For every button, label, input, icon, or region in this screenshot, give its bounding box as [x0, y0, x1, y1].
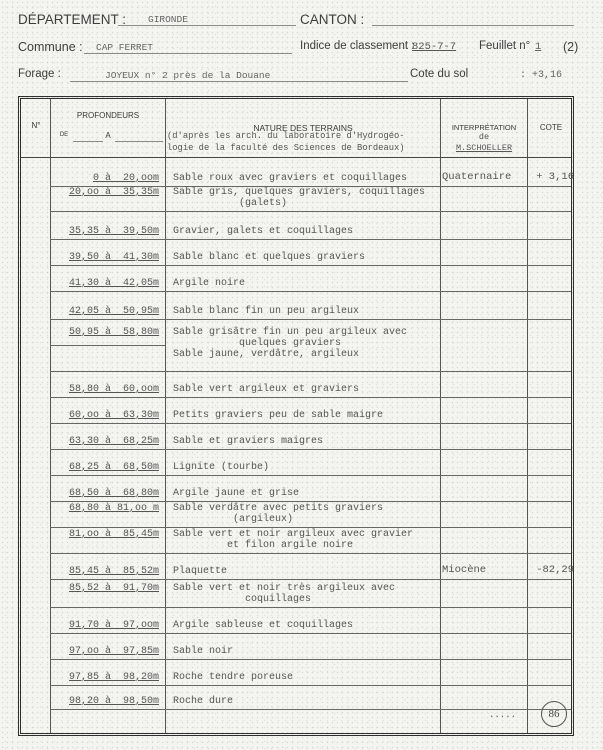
col-header-cote: COTE [528, 123, 574, 132]
departement-line [118, 25, 296, 26]
col-divider [440, 99, 441, 733]
depth-range: 85,52 à 91,70m [51, 583, 159, 594]
depth-range: 50,95 à 58,80m [51, 327, 159, 338]
terrain-description: Petits graviers peu de sable maigre [173, 410, 383, 421]
canton-label: CANTON : [300, 12, 364, 27]
terrain-description: Sable et graviers maigres [173, 436, 323, 447]
terrain-description: Lignite (tourbe) [173, 462, 269, 473]
row-divider [50, 475, 571, 476]
row-divider [50, 659, 571, 660]
cote-value: + 3,16 [528, 171, 574, 183]
col-header-profondeurs: PROFONDEURS [51, 111, 165, 120]
lithology-table: N° PROFONDEURS DE A NATURE DES TERRAINS … [18, 96, 574, 736]
terrain-description: Sable vert argileux et graviers [173, 384, 359, 395]
row-divider [50, 239, 571, 240]
departement-label: DÉPARTEMENT : [18, 12, 126, 27]
row-divider [50, 449, 571, 450]
terrain-description: Sable blanc fin un peu argileux [173, 306, 359, 317]
row-divider [50, 211, 571, 212]
col-header-de: DE [57, 132, 71, 138]
a-line [115, 141, 163, 142]
row-divider [50, 685, 571, 686]
feuillet-value: 1 [535, 41, 541, 53]
terrain-description: Sable gris, quelques graviers, coquillag… [173, 187, 425, 209]
depth-range: 39,50 à 41,30m [51, 252, 159, 263]
cote-sol-value: : +3,16 [520, 70, 562, 81]
row-divider [50, 553, 571, 554]
depth-range: 81,oo à 85,45m [51, 529, 159, 540]
depth-range: 58,80 à 60,oom [51, 384, 159, 395]
cote-value: -82,29 [528, 564, 574, 576]
col-divider [165, 99, 166, 733]
terrain-description: Plaquette [173, 566, 227, 577]
terrain-description: Sable verdâtre avec petits graviers (arg… [173, 503, 383, 525]
terrain-description: Gravier, galets et coquillages [173, 226, 353, 237]
row-divider [50, 265, 571, 266]
terrain-description: Argile jaune et grise [173, 488, 299, 499]
depth-range: 63,30 à 68,25m [51, 436, 159, 447]
col-header-interpretation: INTERPRÉTATION [441, 123, 527, 132]
row-divider [50, 423, 571, 424]
depth-range: 68,50 à 68,80m [51, 488, 159, 499]
terrain-description: Roche tendre poreuse [173, 672, 293, 683]
depth-range: 91,70 à 97,oom [51, 620, 159, 631]
forage-value: JOYEUX n° 2 près de la Douane [105, 70, 270, 81]
commune-line [84, 53, 292, 54]
col-header-nature-sub2: logie de la faculté des Sciences de Bord… [167, 143, 405, 153]
depth-range: 85,45 à 85,52m [51, 566, 159, 577]
row-divider [50, 345, 165, 346]
col-header-nature-sub1: (d'après les arch. du laboratoire d'Hydr… [167, 131, 405, 141]
indice-value: 825-7-7 [412, 41, 456, 53]
row-divider [50, 319, 571, 320]
depth-range: 97,85 à 98,20m [51, 672, 159, 683]
cote-sol-label: Cote du sol [410, 68, 468, 80]
row-divider [50, 633, 571, 634]
forage-label: Forage : [18, 68, 61, 80]
row-divider [50, 291, 571, 292]
depth-range: 60,oo à 63,30m [51, 410, 159, 421]
depth-range: 97,oo à 97,85m [51, 646, 159, 657]
depth-range: 0 à 20,oom [51, 173, 159, 184]
terrain-description: Sable blanc et quelques graviers [173, 252, 365, 263]
depth-range: 42,05 à 50,95m [51, 306, 159, 317]
col-header-no: N° [23, 121, 49, 130]
col-header-interp-author: M.SCHOELLER [441, 143, 527, 153]
depth-range: 98,20 à 98,50m [51, 696, 159, 707]
indice-label: Indice de classement : [300, 40, 414, 52]
depth-range: 35,35 à 39,50m [51, 226, 159, 237]
row-divider [50, 527, 571, 528]
col-header-interp-de: de [441, 132, 527, 142]
row-divider [50, 397, 571, 398]
col-divider [527, 99, 528, 733]
terrain-description: Sable roux avec graviers et coquillages [173, 173, 407, 184]
terrain-description: Roche dure [173, 696, 233, 707]
de-line [73, 141, 103, 142]
archive-stamp: 86 [541, 701, 567, 727]
depth-range: 68,80 à 81,oo m [51, 503, 159, 514]
depth-range: 41,30 à 42,05m [51, 278, 159, 289]
commune-label: Commune : [18, 40, 83, 54]
footer-dots: ..... [489, 710, 516, 720]
row-divider [50, 371, 571, 372]
terrain-description: Sable vert et noir très argileux avec co… [173, 583, 395, 605]
canton-line [372, 25, 574, 26]
depth-range: 20,oo à 35,35m [51, 187, 159, 198]
header-divider [21, 157, 571, 158]
forage-line [70, 81, 408, 82]
terrain-description: Sable grisâtre fin un peu argileux avec … [173, 327, 407, 360]
row-divider [50, 579, 571, 580]
row-divider [50, 607, 571, 608]
depth-range: 68,25 à 68,50m [51, 462, 159, 473]
feuillet-label: Feuillet n° [479, 40, 530, 52]
feuillet-extra: (2) [563, 40, 578, 54]
col-header-a: A [103, 131, 113, 140]
terrain-description: Sable noir [173, 646, 233, 657]
departement-value: GIRONDE [148, 14, 188, 25]
terrain-description: Sable vert et noir argileux avec gravier… [173, 529, 413, 551]
commune-value: CAP FERRET [96, 42, 153, 53]
row-divider [50, 501, 571, 502]
terrain-description: Argile noire [173, 278, 245, 289]
interpretation: Miocène [442, 564, 486, 576]
terrain-description: Argile sableuse et coquillages [173, 620, 353, 631]
interpretation: Quaternaire [442, 171, 511, 183]
